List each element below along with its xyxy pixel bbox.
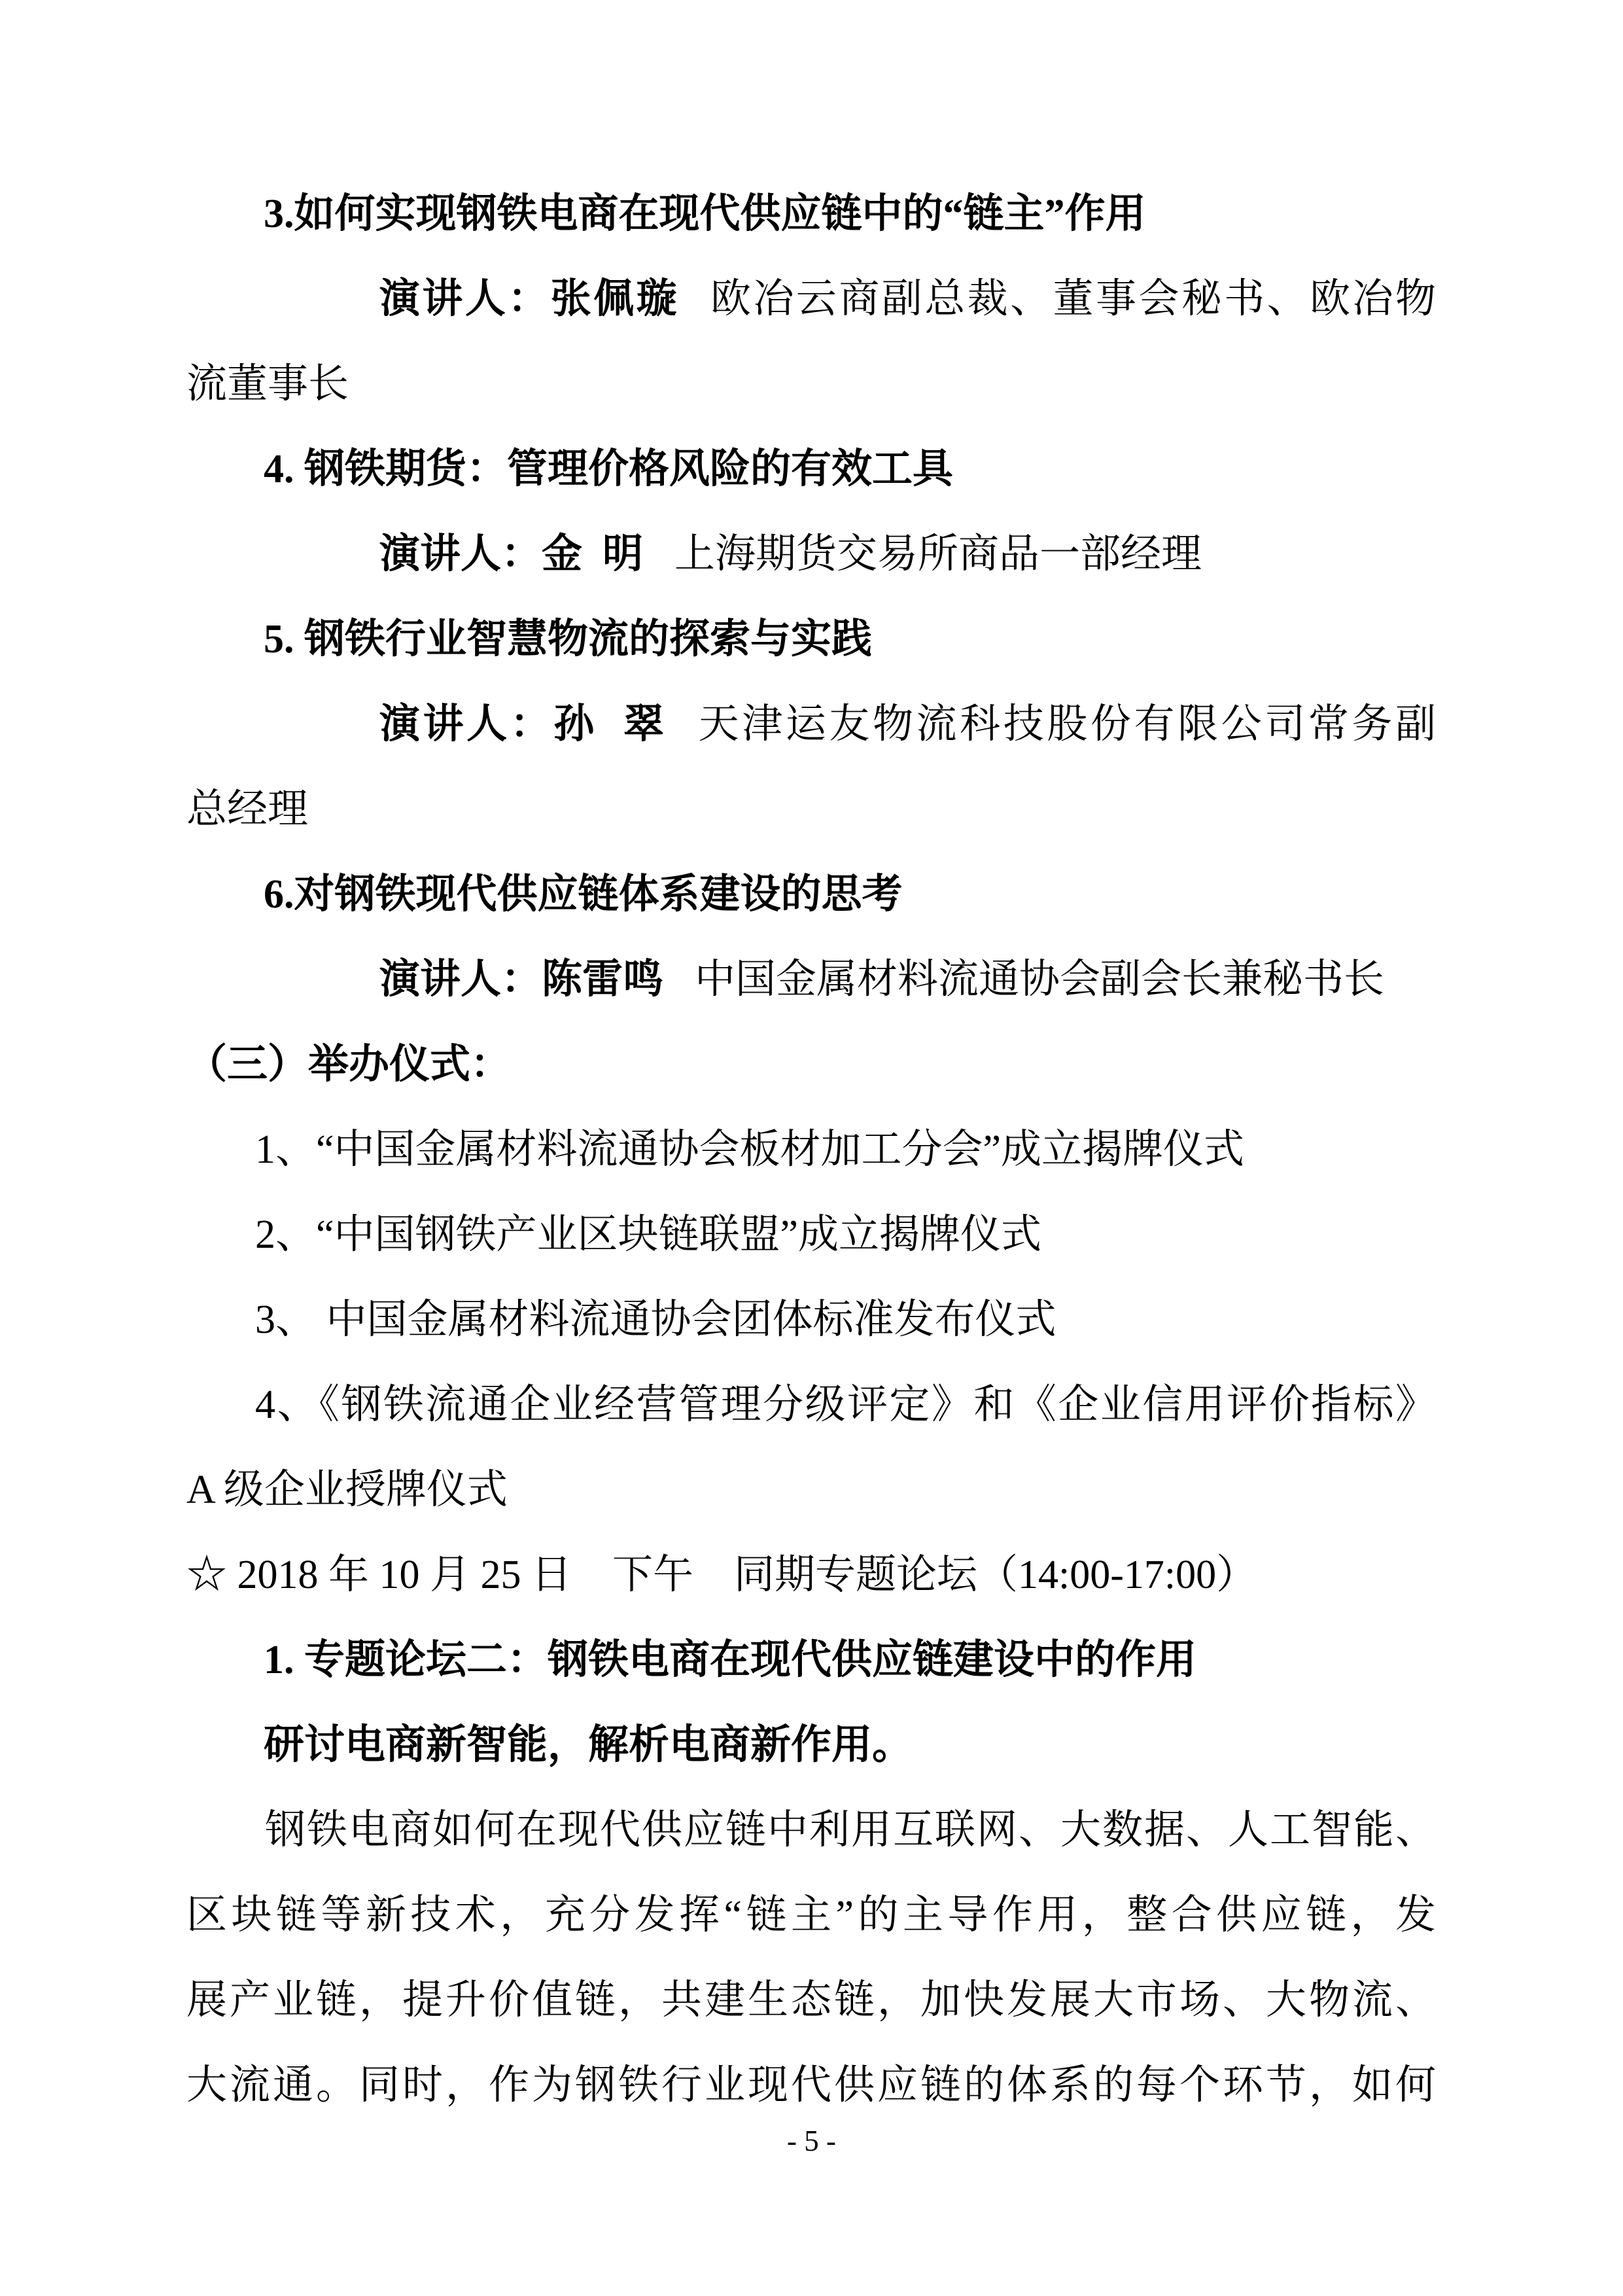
forum-paragraph-line-3: 展产业链，提升价值链，共建生态链，加快发展大市场、大物流、 — [186, 1958, 1436, 2043]
ceremony-item-4-line: 4、《钢铁流通企业经营管理分级评定》和《企业信用评价指标》 — [186, 1362, 1436, 1447]
forum-2-title-line: 1. 专题论坛二：钢铁电商在现代供应链建设中的作用 — [186, 1617, 1436, 1703]
speaker-name-label: 演讲人：金 明 — [379, 532, 643, 576]
talk-5-speaker-line: 演讲人：孙 翠天津运友物流科技股份有限公司常务副 — [186, 682, 1436, 767]
speaker-affiliation: 中国金属材料流通协会副会长兼秘书长 — [695, 957, 1384, 1002]
talk-4-speaker-line: 演讲人：金 明上海期货交易所商品一部经理 — [186, 512, 1436, 597]
talk-5-affiliation-cont-line: 总经理 — [186, 767, 1436, 852]
speaker-name-label: 演讲人：陈雷鸣 — [379, 957, 663, 1002]
speaker-name-label: 演讲人：孙 翠 — [379, 702, 667, 747]
ceremony-item-3-line: 3、 中国金属材料流通协会团体标准发布仪式 — [186, 1277, 1436, 1362]
document-content: 3.如何实现钢铁电商在现代供应链中的“链主”作用 演讲人：张佩璇欧冶云商副总裁、… — [186, 171, 1436, 2128]
talk-3-speaker-line: 演讲人：张佩璇欧冶云商副总裁、董事会秘书、欧冶物 — [186, 256, 1436, 342]
talk-6-title-line: 6.对钢铁现代供应链体系建设的思考 — [186, 852, 1436, 937]
ceremony-item-2-line: 2、“中国钢铁产业区块链联盟”成立揭牌仪式 — [186, 1192, 1436, 1277]
talk-6-speaker-line: 演讲人：陈雷鸣中国金属材料流通协会副会长兼秘书长 — [186, 937, 1436, 1022]
ceremony-section-heading: （三）举办仪式： — [186, 1022, 1436, 1107]
ceremony-item-1-line: 1、“中国金属材料流通协会板材加工分会”成立揭牌仪式 — [186, 1107, 1436, 1192]
speaker-name-label: 演讲人：张佩璇 — [379, 277, 679, 321]
forum-session-date-line: ☆ 2018 年 10 月 25 日 下午 同期专题论坛（14:00-17:00… — [186, 1532, 1436, 1617]
document-page: 3.如何实现钢铁电商在现代供应链中的“链主”作用 演讲人：张佩璇欧冶云商副总裁、… — [0, 0, 1623, 2296]
forum-paragraph-line-2: 区块链等新技术，充分发挥“链主”的主导作用，整合供应链，发 — [186, 1873, 1436, 1958]
talk-4-title-line: 4. 钢铁期货：管理价格风险的有效工具 — [186, 427, 1436, 512]
talk-5-title-line: 5. 钢铁行业智慧物流的探索与实践 — [186, 597, 1436, 682]
forum-paragraph-line-1: 钢铁电商如何在现代供应链中利用互联网、大数据、人工智能、 — [186, 1788, 1436, 1873]
talk-3-title-line: 3.如何实现钢铁电商在现代供应链中的“链主”作用 — [186, 171, 1436, 256]
page-number: - 5 - — [0, 2121, 1623, 2161]
speaker-affiliation: 欧冶云商副总裁、董事会秘书、欧冶物 — [710, 277, 1436, 321]
forum-2-subtitle-line: 研讨电商新智能，解析电商新作用。 — [186, 1703, 1436, 1788]
forum-paragraph-line-4: 大流通。同时，作为钢铁行业现代供应链的体系的每个环节，如何 — [186, 2043, 1436, 2128]
speaker-affiliation: 上海期货交易所商品一部经理 — [674, 532, 1202, 576]
ceremony-item-4-cont-line: A 级企业授牌仪式 — [186, 1447, 1436, 1532]
speaker-affiliation: 天津运友物流科技股份有限公司常务副 — [699, 702, 1436, 747]
talk-3-affiliation-cont-line: 流董事长 — [186, 342, 1436, 427]
